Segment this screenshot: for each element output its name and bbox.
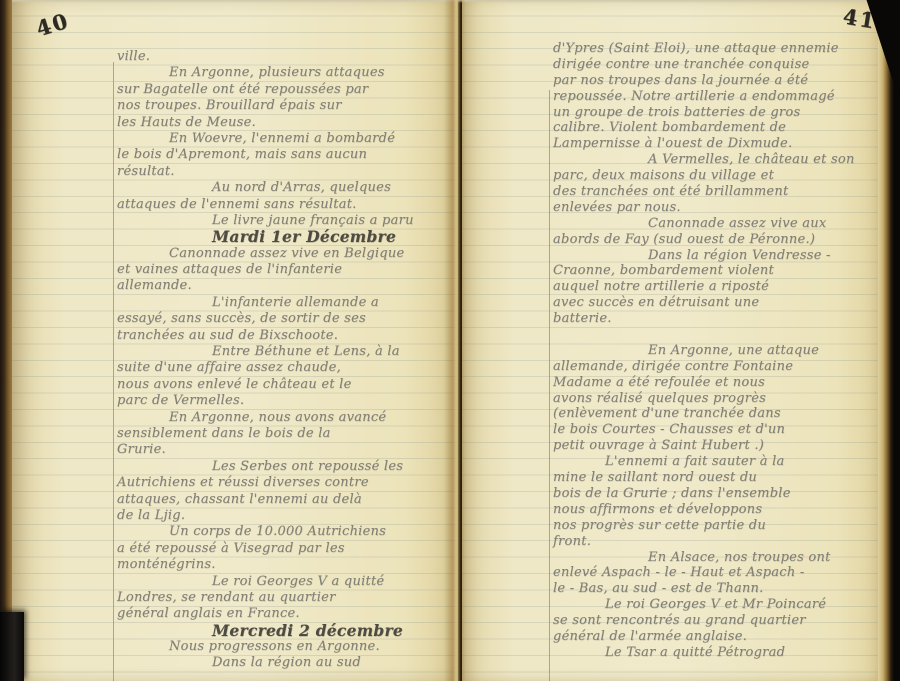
manuscript-line: ville. xyxy=(117,49,453,65)
manuscript-line: Le Tsar a quitté Pétrograd xyxy=(553,645,883,661)
manuscript-line: nos troupes. Brouillard épais sur xyxy=(117,98,453,114)
manuscript-line: Nous progressons en Argonne. xyxy=(117,639,453,655)
manuscript-line: les Hauts de Meuse. xyxy=(117,115,453,131)
manuscript-line: d'Ypres (Saint Eloi), une attaque ennemi… xyxy=(553,41,883,57)
manuscript-line: A Vermelles, le château et son xyxy=(553,152,883,168)
manuscript-line: a été repoussé à Visegrad par les xyxy=(117,541,453,557)
manuscript-line: nous avons enlevé le château et le xyxy=(117,377,453,393)
manuscript-line: En Argonne, nous avons avancé xyxy=(117,410,453,426)
manuscript-line: batterie. xyxy=(553,311,883,327)
manuscript-line: parc de Vermelles. xyxy=(117,393,453,409)
manuscript-line: avec succès en détruisant une xyxy=(553,295,883,311)
manuscript-line: le bois d'Apremont, mais sans aucun xyxy=(117,147,453,163)
manuscript-line: Un corps de 10.000 Autrichiens xyxy=(117,524,453,540)
manuscript-notebook: 40 41 ville.En Argonne, plusieurs attaqu… xyxy=(0,0,900,681)
manuscript-line: essayé, sans succès, de sortir de ses xyxy=(117,311,453,327)
manuscript-line: Canonnade assez vive aux xyxy=(553,216,883,232)
manuscript-line: et vaines attaques de l'infanterie xyxy=(117,262,453,278)
manuscript-line: Madame a été refoulée et nous xyxy=(553,375,883,391)
manuscript-line: auquel notre artillerie a riposté xyxy=(553,279,883,295)
manuscript-line: sur Bagatelle ont été repoussées par xyxy=(117,82,453,98)
manuscript-line: enlevé Aspach - le - Haut et Aspach - xyxy=(553,565,883,581)
date-heading: Mardi 1er Décembre xyxy=(117,229,453,245)
manuscript-line: des tranchées ont été brillamment xyxy=(553,184,883,200)
manuscript-line: allemande, dirigée contre Fontaine xyxy=(553,359,883,375)
manuscript-line: par nos troupes dans la journée a été xyxy=(553,73,883,89)
page-number-41: 41 xyxy=(841,4,878,34)
manuscript-line: résultat. xyxy=(117,164,453,180)
manuscript-line xyxy=(553,327,883,343)
manuscript-line: sensiblement dans le bois de la xyxy=(117,426,453,442)
manuscript-line: Canonnade assez vive en Belgique xyxy=(117,246,453,262)
manuscript-line: avons réalisé quelques progrès xyxy=(553,391,883,407)
manuscript-line: bois de la Grurie ; dans l'ensemble xyxy=(553,486,883,502)
manuscript-line: (enlèvement d'une tranchée dans xyxy=(553,406,883,422)
manuscript-line: Craonne, bombardement violent xyxy=(553,263,883,279)
manuscript-line: se sont rencontrés au grand quartier xyxy=(553,613,883,629)
manuscript-line: En Argonne, une attaque xyxy=(553,343,883,359)
manuscript-line: Autrichiens et réussi diverses contre xyxy=(117,475,453,491)
manuscript-line: L'ennemi a fait sauter à la xyxy=(553,454,883,470)
manuscript-line: suite d'une affaire assez chaude, xyxy=(117,360,453,376)
manuscript-line: En Woevre, l'ennemi a bombardé xyxy=(117,131,453,147)
manuscript-line: Lampernisse à l'ouest de Dixmude. xyxy=(553,136,883,152)
manuscript-line: nous affirmons et développons xyxy=(553,502,883,518)
manuscript-line: parc, deux maisons du village et xyxy=(553,168,883,184)
binding-clip xyxy=(0,612,24,681)
manuscript-line: allemande. xyxy=(117,278,453,294)
manuscript-line: monténégrins. xyxy=(117,557,453,573)
manuscript-line: tranchées au sud de Bixschoote. xyxy=(117,328,453,344)
manuscript-line: attaques de l'ennemi sans résultat. xyxy=(117,197,453,213)
manuscript-line: Grurie. xyxy=(117,442,453,458)
manuscript-line: dirigée contre une tranchée conquise xyxy=(553,57,883,73)
manuscript-line: Entre Béthune et Lens, à la xyxy=(117,344,453,360)
manuscript-line: Dans la région Vendresse - xyxy=(553,248,883,264)
manuscript-text-left: ville.En Argonne, plusieurs attaquessur … xyxy=(117,49,453,672)
manuscript-line: le bois Courtes - Chausses et d'un xyxy=(553,422,883,438)
manuscript-line: de la Ljig. xyxy=(117,508,453,524)
manuscript-line: calibre. Violent bombardement de xyxy=(553,120,883,136)
manuscript-line: mine le saillant nord ouest du xyxy=(553,470,883,486)
manuscript-line: Dans la région au sud xyxy=(117,655,453,671)
manuscript-line: Le roi Georges V et Mr Poincaré xyxy=(553,597,883,613)
manuscript-line: En Alsace, nos troupes ont xyxy=(553,550,883,566)
manuscript-line: front. xyxy=(553,534,883,550)
binding-spine xyxy=(0,0,12,681)
manuscript-line: petit ouvrage à Saint Hubert .) xyxy=(553,438,883,454)
manuscript-line: Les Serbes ont repoussé les xyxy=(117,459,453,475)
manuscript-line: le - Bas, au sud - est de Thann. xyxy=(553,581,883,597)
manuscript-line: un groupe de trois batteries de gros xyxy=(553,105,883,121)
manuscript-line: Au nord d'Arras, quelques xyxy=(117,180,453,196)
manuscript-line: attaques, chassant l'ennemi au delà xyxy=(117,492,453,508)
manuscript-line: En Argonne, plusieurs attaques xyxy=(117,65,453,81)
manuscript-line: Le roi Georges V a quitté xyxy=(117,574,453,590)
manuscript-line: L'infanterie allemande a xyxy=(117,295,453,311)
date-heading: Mercredi 2 décembre xyxy=(117,623,453,639)
red-margin-line-left xyxy=(113,62,114,681)
manuscript-line: enlevées par nous. xyxy=(553,200,883,216)
manuscript-line: nos progrès sur cette partie du xyxy=(553,518,883,534)
manuscript-line: général de l'armée anglaise. xyxy=(553,629,883,645)
manuscript-text-right: d'Ypres (Saint Eloi), une attaque ennemi… xyxy=(553,41,883,661)
manuscript-line: repoussée. Notre artillerie a endommagé xyxy=(553,89,883,105)
red-margin-line-right xyxy=(549,90,550,681)
manuscript-line: Londres, se rendant au quartier xyxy=(117,590,453,606)
manuscript-line: abords de Fay (sud ouest de Péronne.) xyxy=(553,232,883,248)
